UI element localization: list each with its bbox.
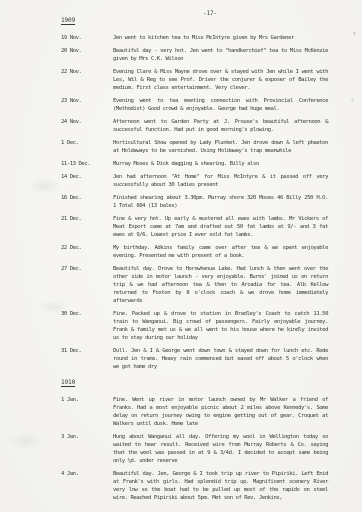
diary-entry: 16 Dec.Finished shearing about 3.30pm. M… <box>61 194 328 210</box>
entry-date: 3 Jan. <box>61 433 113 465</box>
entry-date: 11-13 Dec. <box>61 160 113 168</box>
entry-text: Horticultural Show opened by Lady Plunke… <box>113 139 328 155</box>
diary-entry: 30 Dec.Fine. Packed up & drove to statio… <box>61 310 328 342</box>
entry-text: Afternoon went to Garden Party at J. Pro… <box>113 118 328 134</box>
entry-date: 19 Nov. <box>61 34 113 42</box>
entry-date: 4 Jan. <box>61 470 113 502</box>
entry-date: 22 Dec. <box>61 244 113 260</box>
entry-text: Murray Moses & Dick dagging & shearing. … <box>113 160 328 168</box>
entry-text: My birthday. Adkins family came over aft… <box>113 244 328 260</box>
diary-entry: 22 Dec.My birthday. Adkins family came o… <box>61 244 328 260</box>
diary-entry: 22 Nov.Evening Clare & Miss Mayne drove … <box>61 68 328 92</box>
scan-speck <box>353 31 356 36</box>
entry-date: 24 Nov. <box>61 118 113 134</box>
entry-date: 22 Nov. <box>61 68 113 92</box>
diary-entry: 3 Jan.Hung about Wanganui all day. Offer… <box>61 433 328 465</box>
diary-entry: 20 Nov.Beautiful day - very hot. Jen wen… <box>61 47 328 63</box>
entry-text: Beautiful day. Drove to Horowhenua Lake.… <box>113 265 328 305</box>
entry-date: 30 Dec. <box>61 310 113 342</box>
entry-text: Finished shearing about 3.30pm. Murray s… <box>113 194 328 210</box>
entry-text: Jen went to kitchen tea to Miss McIntyre… <box>113 34 328 42</box>
entry-text: Fine. Packed up & drove to station in Br… <box>113 310 328 342</box>
diary-entry: 14 Dec.Jen had afternoon "At Home" for M… <box>61 173 328 189</box>
entry-date: 23 Nov. <box>61 97 113 113</box>
entry-text: Fine. Went up river in motor launch owne… <box>113 396 328 428</box>
scan-speck <box>351 98 354 102</box>
diary-entry: 1 Jan.Fine. Went up river in motor launc… <box>61 396 328 428</box>
entry-text: Fine & very hot. Up early & mustered all… <box>113 215 328 239</box>
diary-entry: 27 Dec.Beautiful day. Drove to Horowhenu… <box>61 265 328 305</box>
entry-date: 16 Dec. <box>61 194 113 210</box>
diary-entry: 31 Dec.Dull. Jen & I & George went down … <box>61 347 328 371</box>
entry-date: 1 Dec. <box>61 139 113 155</box>
entry-text: Evening went to tea meeting connection w… <box>113 97 328 113</box>
entry-text: Hung about Wanganui all day. Offering my… <box>113 433 328 465</box>
page-number: -17- <box>60 10 360 17</box>
diary-entry: 24 Nov.Afternoon went to Garden Party at… <box>61 118 328 134</box>
diary-entry: 4 Jan.Beautiful day. Jen, George & I too… <box>61 470 328 502</box>
entry-date: 1 Jan. <box>61 396 113 428</box>
scanned-diary-page: -17- 190919 Nov.Jen went to kitchen tea … <box>0 0 362 512</box>
entry-date: 31 Dec. <box>61 347 113 371</box>
entry-text: Dull. Jen & I & George went down town & … <box>113 347 328 371</box>
year-heading: 1910 <box>61 379 328 387</box>
diary-content: 190919 Nov.Jen went to kitchen tea to Mi… <box>61 17 328 507</box>
scan-smudge <box>8 432 44 450</box>
diary-entry: 21 Dec.Fine & very hot. Up early & muste… <box>61 215 328 239</box>
entry-date: 21 Dec. <box>61 215 113 239</box>
entry-text: Evening Clare & Miss Mayne drove over & … <box>113 68 328 92</box>
diary-entry: 1 Dec.Horticultural Show opened by Lady … <box>61 139 328 155</box>
diary-entry: 11-13 Dec.Murray Moses & Dick dagging & … <box>61 160 328 168</box>
entry-date: 20 Nov. <box>61 47 113 63</box>
entry-text: Beautiful day. Jen, George & I took trip… <box>113 470 328 502</box>
entry-date: 27 Dec. <box>61 265 113 305</box>
diary-entry: 23 Nov.Evening went to tea meeting conne… <box>61 97 328 113</box>
diary-entry: 19 Nov.Jen went to kitchen tea to Miss M… <box>61 34 328 42</box>
entry-text: Jen had afternoon "At Home" for Miss McI… <box>113 173 328 189</box>
year-heading: 1909 <box>61 17 328 25</box>
entry-date: 14 Dec. <box>61 173 113 189</box>
entry-text: Beautiful day - very hot. Jen went to "h… <box>113 47 328 63</box>
scan-smudge <box>28 178 62 194</box>
